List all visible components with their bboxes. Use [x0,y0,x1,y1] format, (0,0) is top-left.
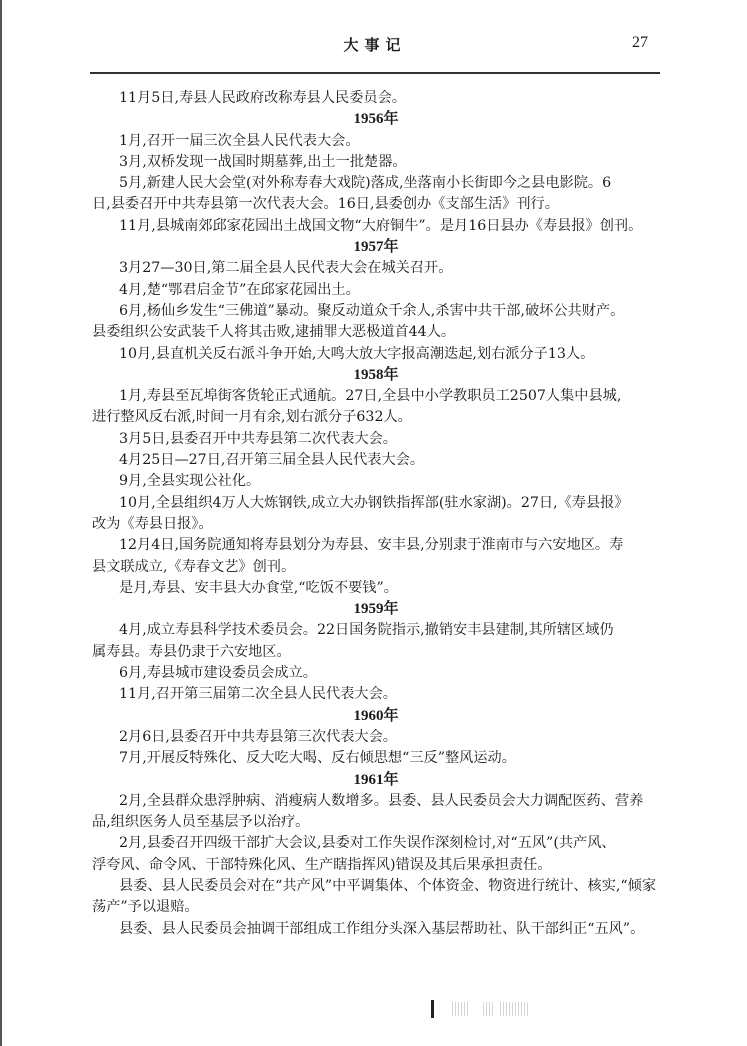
year-heading: 1961年 [92,770,660,791]
chronicle-entry: 6月,寿县城市建设委员会成立。 [92,663,660,684]
chronicle-entry: 县委、县人民委员会抽调干部组成工作组分头深入基层帮助社、队干部纠正“五风”。 [92,919,660,940]
chronicle-entry: 10月,县直机关反右派斗争开始,大鸣大放大字报高潮迭起,划右派分子13人。 [92,344,660,365]
page-header: 大事记 27 [90,30,660,74]
year-heading: 1959年 [92,599,660,620]
chronicle-entry: 是月,寿县、安丰县大办食堂,“吃饭不要钱”。 [92,578,660,599]
chronicle-entry: 2月,全县群众患浮肿病、消瘦病人数增多。县委、县人民委员会大力调配医药、营养 [92,791,660,812]
year-heading: 1960年 [92,706,660,727]
chronicle-entry: 6月,杨仙乡发生“三佛道”暴动。聚反动道众千余人,杀害中共干部,破坏公共财产。 [92,301,660,322]
chronicle-entry: 5月,新建人民大会堂(对外称寿春大戏院)落成,坐落南小长街即今之县电影院。6 [92,173,660,194]
chronicle-body: 11月5日,寿县人民政府改称寿县人民委员会。1956年1月,召开一届三次全县人民… [92,88,660,940]
chronicle-entry-continuation: 属寿县。寿县仍隶于六安地区。 [92,642,660,663]
year-heading: 1956年 [92,109,660,130]
chronicle-entry: 11月5日,寿县人民政府改称寿县人民委员会。 [92,88,660,109]
chronicle-entry-continuation: 进行整风反右派,时间一月有余,划右派分子632人。 [92,407,660,428]
chronicle-entry-continuation: 日,县委召开中共寿县第一次代表大会。16日,县委创办《支部生活》刊行。 [92,194,660,215]
chronicle-entry: 1月,寿县至瓦埠街客货轮正式通航。27日,全县中小学教职员工2507人集中县城, [92,386,660,407]
scan-edge-line [0,0,2,1046]
scan-artifact-noise [500,1002,530,1016]
header-rule [90,72,660,74]
chronicle-entry: 3月5日,县委召开中共寿县第二次代表大会。 [92,429,660,450]
chronicle-entry: 3月27—30日,第二届全县人民代表大会在城关召开。 [92,258,660,279]
scan-artifact-noise [483,1002,495,1016]
chronicle-entry-continuation: 改为《寿县日报》。 [92,514,660,535]
chronicle-entry: 11月,县城南郊邱家花园出土战国文物“大府铜牛”。是月16日县办《寿县报》创刊。 [92,216,660,237]
chronicle-entry: 9月,全县实现公社化。 [92,471,660,492]
chronicle-entry: 4月,楚“鄂君启金节”在邱家花园出土。 [92,280,660,301]
chronicle-entry: 12月4日,国务院通知将寿县划分为寿县、安丰县,分别隶于淮南市与六安地区。寿 [92,535,660,556]
chronicle-entry: 县委、县人民委员会对在“共产风”中平调集体、个体资金、物资进行统计、核实,“倾家 [92,876,660,897]
chronicle-entry-continuation: 品,组织医务人员至基层予以治疗。 [92,812,660,833]
chronicle-entry: 2月,县委召开四级干部扩大会议,县委对工作失误作深刻检讨,对“五风”(共产风、 [92,833,660,854]
chronicle-entry-continuation: 浮夸风、命令风、干部特殊化风、生产瞎指挥风)错误及其后果承担责任。 [92,855,660,876]
chronicle-entry-continuation: 县委组织公安武装千人将其击败,逮捕罪大恶极道首44人。 [92,322,660,343]
chronicle-entry-continuation: 县文联成立,《寿春文艺》创刊。 [92,557,660,578]
chronicle-entry: 3月,双桥发现一战国时期墓葬,出土一批楚器。 [92,152,660,173]
chronicle-entry: 4月,成立寿县科学技术委员会。22日国务院指示,撤销安丰县建制,其所辖区域仍 [92,620,660,641]
chronicle-entry: 10月,全县组织4万人大炼钢铁,成立大办钢铁指挥部(驻水家湖)。27日,《寿县报… [92,493,660,514]
chronicle-entry: 11月,召开第三届第二次全县人民代表大会。 [92,684,660,705]
year-heading: 1958年 [92,365,660,386]
chronicle-entry: 1月,召开一届三次全县人民代表大会。 [92,131,660,152]
chronicle-entry-continuation: 荡产”予以退赔。 [92,897,660,918]
scan-artifact-mark [431,1000,434,1018]
chronicle-entry: 4月25日—27日,召开第三届全县人民代表大会。 [92,450,660,471]
chronicle-entry: 7月,开展反特殊化、反大吃大喝、反右倾思想“三反”整风运动。 [92,748,660,769]
page-number: 27 [632,34,648,52]
running-title: 大事记 [90,34,660,55]
chronicle-entry: 2月6日,县委召开中共寿县第三次代表大会。 [92,727,660,748]
scan-artifact-noise [452,1002,470,1016]
year-heading: 1957年 [92,237,660,258]
